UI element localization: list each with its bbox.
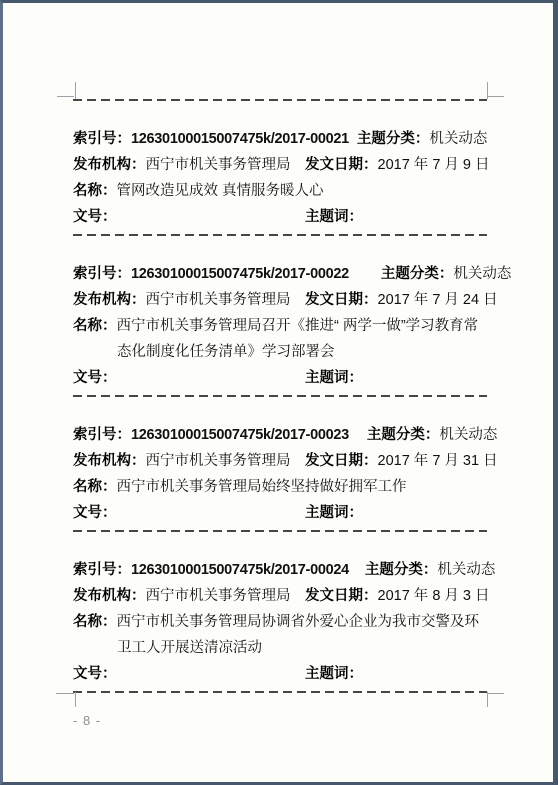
record-row-agency: 发布机构：西宁市机关事务管理局 发文日期：2017 年 7 月 9 日 [73, 152, 487, 178]
dashed-separator [73, 691, 487, 693]
index-value: 12630100015007475k/2017-00024 [131, 562, 349, 578]
agency-value: 西宁市机关事务管理局 [146, 157, 291, 173]
bottom-boundary [73, 691, 487, 693]
record-row-docno: 文号： 主题词： [73, 204, 487, 230]
crop-mark-bottom-right-icon [487, 693, 504, 694]
crop-mark-top-right-icon [487, 96, 504, 97]
date-value: 2017 年 7 月 31 日 [378, 453, 498, 469]
record-row-index: 索引号：12630100015007475k/2017-00022 主题分类：机… [73, 261, 487, 287]
date-field: 发文日期：2017 年 8 月 3 日 [305, 583, 490, 609]
record-row-agency: 发布机构：西宁市机关事务管理局 发文日期：2017 年 8 月 3 日 [73, 583, 487, 609]
date-value: 2017 年 7 月 24 日 [378, 292, 498, 308]
crop-mark-bottom-left-icon [75, 692, 76, 707]
record: 索引号：12630100015007475k/2017-00023 主题分类：机… [73, 397, 487, 532]
docno-field: 文号： [73, 204, 305, 230]
index-value: 12630100015007475k/2017-00022 [131, 266, 349, 282]
agency-field: 发布机构：西宁市机关事务管理局 [73, 152, 305, 178]
crop-mark-top-left-icon [57, 96, 74, 97]
title-value: 管网改造见成效 真情服务暖人心 [117, 183, 324, 199]
keywords-label: 主题词： [305, 666, 363, 682]
title-value: 西宁市机关事务管理局协调省外爱心企业为我市交警及环卫工人开展送清凉活动 [117, 614, 480, 656]
keywords-field: 主题词： [305, 500, 363, 526]
record-row-title: 名称：西宁市机关事务管理局召开《推进“ 两学一做”学习教育常态化制度化任务清单》… [73, 313, 487, 365]
record-row-docno: 文号： 主题词： [73, 500, 487, 526]
title-label: 名称： [73, 318, 117, 334]
category-label: 主题分类： [367, 427, 440, 443]
index-value: 12630100015007475k/2017-00023 [131, 427, 349, 443]
agency-label: 发布机构： [73, 588, 146, 604]
docno-field: 文号： [73, 365, 305, 391]
category-value: 机关动态 [453, 266, 511, 282]
keywords-label: 主题词： [305, 209, 363, 225]
index-field: 索引号：12630100015007475k/2017-00021 [73, 126, 349, 152]
docno-label: 文号： [73, 370, 117, 386]
docno-field: 文号： [73, 661, 305, 687]
date-label: 发文日期： [305, 588, 378, 604]
title-value: 西宁市机关事务管理局始终坚持做好拥军工作 [117, 479, 407, 495]
index-value: 12630100015007475k/2017-00021 [131, 131, 349, 147]
page-number: - 8 - [73, 708, 487, 734]
record: 索引号：12630100015007475k/2017-00024 主题分类：机… [73, 532, 487, 693]
top-boundary [73, 99, 487, 101]
keywords-label: 主题词： [305, 370, 363, 386]
category-value: 机关动态 [437, 562, 495, 578]
record: 索引号：12630100015007475k/2017-00021 主题分类：机… [73, 101, 487, 236]
category-label: 主题分类： [365, 562, 438, 578]
dashed-separator [73, 99, 487, 101]
agency-field: 发布机构：西宁市机关事务管理局 [73, 287, 305, 313]
date-label: 发文日期： [305, 292, 378, 308]
agency-label: 发布机构： [73, 453, 146, 469]
index-label: 索引号： [73, 131, 131, 147]
date-value: 2017 年 8 月 3 日 [378, 588, 490, 604]
document-page: 索引号：12630100015007475k/2017-00021 主题分类：机… [73, 99, 487, 734]
record-row-docno: 文号： 主题词： [73, 365, 487, 391]
date-field: 发文日期：2017 年 7 月 9 日 [305, 152, 490, 178]
docno-label: 文号： [73, 666, 117, 682]
docno-field: 文号： [73, 500, 305, 526]
agency-value: 西宁市机关事务管理局 [146, 588, 291, 604]
date-label: 发文日期： [305, 157, 378, 173]
record-row-title: 名称：西宁市机关事务管理局协调省外爱心企业为我市交警及环卫工人开展送清凉活动 [73, 609, 487, 661]
record-row-agency: 发布机构：西宁市机关事务管理局 发文日期：2017 年 7 月 31 日 [73, 448, 487, 474]
index-field: 索引号：12630100015007475k/2017-00022 [73, 261, 349, 287]
category-field: 主题分类：机关动态 [357, 126, 488, 152]
keywords-label: 主题词： [305, 505, 363, 521]
index-label: 索引号： [73, 427, 131, 443]
docno-label: 文号： [73, 505, 117, 521]
agency-value: 西宁市机关事务管理局 [146, 453, 291, 469]
record-row-index: 索引号：12630100015007475k/2017-00023 主题分类：机… [73, 422, 487, 448]
index-field: 索引号：12630100015007475k/2017-00023 [73, 422, 349, 448]
date-label: 发文日期： [305, 453, 378, 469]
record-row-index: 索引号：12630100015007475k/2017-00021 主题分类：机… [73, 126, 487, 152]
date-field: 发文日期：2017 年 7 月 24 日 [305, 287, 498, 313]
date-value: 2017 年 7 月 9 日 [378, 157, 490, 173]
agency-label: 发布机构： [73, 292, 146, 308]
crop-mark-bottom-right-icon [487, 692, 488, 707]
record-row-agency: 发布机构：西宁市机关事务管理局 发文日期：2017 年 7 月 24 日 [73, 287, 487, 313]
index-label: 索引号： [73, 266, 131, 282]
record-row-index: 索引号：12630100015007475k/2017-00024 主题分类：机… [73, 557, 487, 583]
agency-field: 发布机构：西宁市机关事务管理局 [73, 448, 305, 474]
crop-mark-top-left-icon [75, 82, 76, 99]
index-label: 索引号： [73, 562, 131, 578]
record-row-title: 名称：管网改造见成效 真情服务暖人心 [73, 178, 487, 204]
agency-field: 发布机构：西宁市机关事务管理局 [73, 583, 305, 609]
keywords-field: 主题词： [305, 204, 363, 230]
title-label: 名称： [73, 183, 117, 199]
category-field: 主题分类：机关动态 [365, 557, 496, 583]
category-field: 主题分类：机关动态 [367, 422, 498, 448]
category-label: 主题分类： [381, 266, 454, 282]
docno-label: 文号： [73, 209, 117, 225]
category-value: 机关动态 [439, 427, 497, 443]
title-label: 名称： [73, 614, 117, 630]
record: 索引号：12630100015007475k/2017-00022 主题分类：机… [73, 236, 487, 397]
agency-label: 发布机构： [73, 157, 146, 173]
category-label: 主题分类： [357, 131, 430, 147]
keywords-field: 主题词： [305, 365, 363, 391]
agency-value: 西宁市机关事务管理局 [146, 292, 291, 308]
keywords-field: 主题词： [305, 661, 363, 687]
record-row-title: 名称：西宁市机关事务管理局始终坚持做好拥军工作 [73, 474, 487, 500]
index-field: 索引号：12630100015007475k/2017-00024 [73, 557, 349, 583]
crop-mark-bottom-left-icon [56, 693, 74, 694]
date-field: 发文日期：2017 年 7 月 31 日 [305, 448, 498, 474]
category-value: 机关动态 [429, 131, 487, 147]
category-field: 主题分类：机关动态 [381, 261, 512, 287]
record-row-docno: 文号： 主题词： [73, 661, 487, 687]
title-label: 名称： [73, 479, 117, 495]
title-value: 西宁市机关事务管理局召开《推进“ 两学一做”学习教育常态化制度化任务清单》学习部… [117, 318, 479, 360]
